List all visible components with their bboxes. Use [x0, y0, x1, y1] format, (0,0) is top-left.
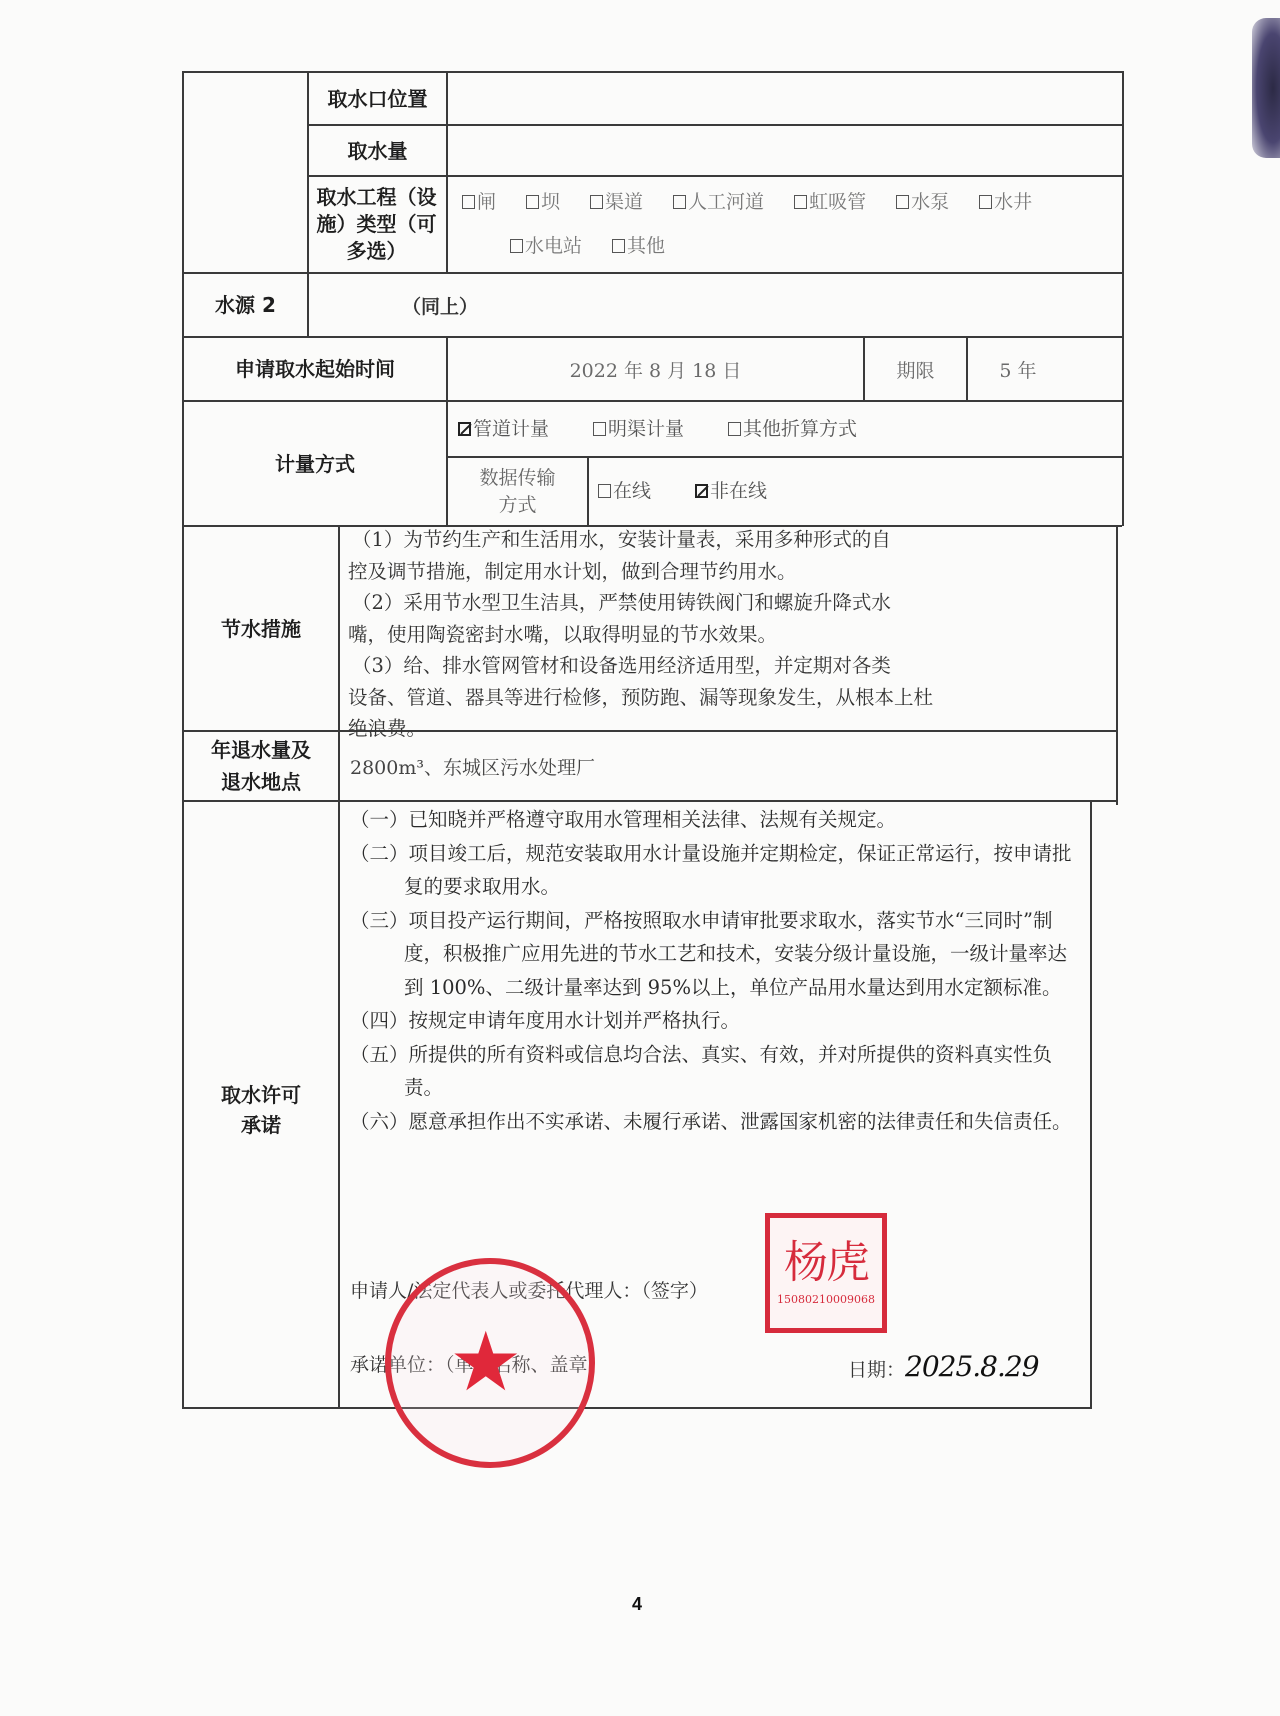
checkbox-icon[interactable]	[979, 195, 992, 209]
checkbox-icon[interactable]	[593, 422, 606, 436]
commitment-item: （四）按规定申请年度用水计划并严格执行。	[350, 1004, 1084, 1038]
commitment-list: （一）已知晓并严格遵守取用水管理相关法律、法规有关规定。 （二）项目竣工后，规范…	[350, 803, 1084, 1138]
checkbox-icon[interactable]	[598, 484, 611, 498]
option-rengonghedao[interactable]: 人工河道	[673, 180, 764, 224]
page-number: 4	[632, 1594, 642, 1615]
commitment-item: （一）已知晓并严格遵守取用水管理相关法律、法规有关规定。	[350, 803, 1084, 837]
start-time-value[interactable]: 2022 年 8 月 18 日	[448, 338, 863, 400]
option-shuibeng[interactable]: 水泵	[896, 180, 949, 224]
commitment-item: （二）项目竣工后，规范安装取用水计量设施并定期检定，保证正常运行，按申请批复的要…	[350, 837, 1084, 904]
personal-seal: 杨虎 1508021000906​8	[765, 1213, 887, 1333]
checkbox-icon[interactable]	[673, 195, 686, 209]
commitment-item: （五）所提供的所有资料或信息均合法、真实、有效，并对所提供的资料真实性负责。	[350, 1038, 1084, 1105]
option-open-channel-metering[interactable]: 明渠计量	[593, 412, 684, 446]
water-saving-text: （1）为节约生产和生活用水，安装计量表，采用多种形式的自 控及调节措施，制定用水…	[348, 524, 933, 745]
discharge-value[interactable]: 2800m³、东城区污水处理厂	[350, 732, 595, 800]
checked-checkbox-icon[interactable]	[458, 422, 471, 436]
checkbox-icon[interactable]	[510, 239, 523, 253]
checkbox-icon[interactable]	[526, 195, 539, 209]
star-icon: ★	[449, 1322, 523, 1404]
transmission-options: 在线非在线	[598, 474, 797, 508]
option-zha[interactable]: 闸	[462, 180, 496, 224]
option-offline[interactable]: 非在线	[695, 474, 767, 508]
commitment-item: （三）项目投产运行期间，严格按照取水申请审批要求取水，落实节水“三同时”制度，积…	[350, 904, 1084, 1005]
option-other-conversion[interactable]: 其他折算方式	[728, 412, 857, 446]
handwritten-date: 2025.8.29	[905, 1350, 1039, 1383]
option-hongxiguan[interactable]: 虹吸管	[794, 180, 866, 224]
intake-location-label: 取水口位置	[309, 73, 446, 124]
period-value[interactable]: 5 年	[968, 338, 1068, 400]
option-shuidianzhan[interactable]: 水电站	[510, 224, 582, 268]
option-ba[interactable]: 坝	[526, 180, 560, 224]
start-time-label: 申请取水起始时间	[184, 338, 446, 400]
discharge-label: 年退水量及 退水地点	[184, 732, 338, 800]
option-qudao[interactable]: 渠道	[590, 180, 643, 224]
metering-label: 计量方式	[184, 402, 446, 525]
water-saving-label: 节水措施	[184, 527, 338, 730]
commitment-item: （六）愿意承担作出不实承诺、未履行承诺、泄露国家机密的法律责任和失信责任。	[350, 1105, 1084, 1139]
intake-volume-field[interactable]	[448, 126, 1122, 175]
option-online[interactable]: 在线	[598, 474, 651, 508]
checkbox-icon[interactable]	[462, 195, 475, 209]
project-type-options: 闸坝渠道人工河道虹吸管水泵水井 水电站其他	[462, 180, 1122, 268]
option-qita[interactable]: 其他	[612, 224, 665, 268]
period-label: 期限	[865, 338, 966, 400]
date-field[interactable]: 日期：2025.8.29	[848, 1350, 1039, 1383]
intake-volume-label: 取水量	[309, 126, 446, 175]
option-shuijing[interactable]: 水井	[979, 180, 1032, 224]
scan-edge-shadow	[1252, 18, 1280, 158]
source2-label: 水源 2	[184, 274, 307, 336]
project-type-label: 取水工程（设 施）类型（可 多选）	[305, 177, 448, 272]
option-pipe-metering[interactable]: 管道计量	[458, 412, 549, 446]
checkbox-icon[interactable]	[590, 195, 603, 209]
metering-options: 管道计量明渠计量其他折算方式	[458, 412, 887, 446]
transmission-label: 数据传输 方式	[448, 458, 587, 525]
checkbox-icon[interactable]	[612, 239, 625, 253]
checkbox-icon[interactable]	[896, 195, 909, 209]
official-seal: ★	[385, 1258, 595, 1468]
source2-value: （同上）	[380, 274, 500, 336]
commitment-label: 取水许可 承诺	[184, 1075, 338, 1145]
intake-location-field[interactable]	[448, 73, 1122, 124]
checkbox-icon[interactable]	[728, 422, 741, 436]
checked-checkbox-icon[interactable]	[695, 484, 708, 498]
checkbox-icon[interactable]	[794, 195, 807, 209]
